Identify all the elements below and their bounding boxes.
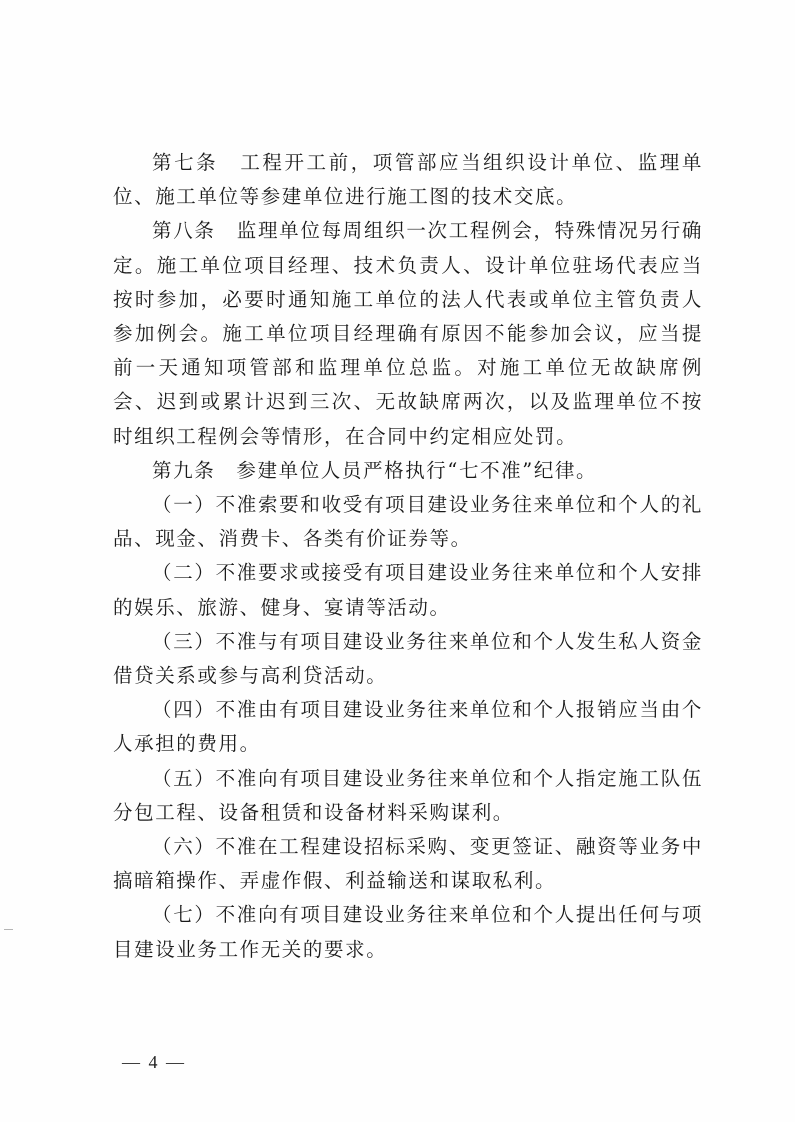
article-8-paragraph: 第八条 监理单位每周组织一次工程例会，特殊情况另行确定。施工单位项目经理、技术负… [113,214,703,453]
document-body: 第七条 工程开工前，项管部应当组织设计单位、监理单位、施工单位等参建单位进行施工… [113,146,703,967]
rule-item-2: （二）不准要求或接受有项目建设业务往来单位和个人安排的娱乐、旅游、健身、宴请等活… [113,556,703,624]
rule-item-5: （五）不准向有项目建设业务往来单位和个人指定施工队伍分包工程、设备租赁和设备材料… [113,762,703,830]
article-7-paragraph: 第七条 工程开工前，项管部应当组织设计单位、监理单位、施工单位等参建单位进行施工… [113,146,703,214]
scan-edge-mark [4,929,13,930]
rule-item-3: （三）不准与有项目建设业务往来单位和个人发生私人资金借贷关系或参与高利贷活动。 [113,625,703,693]
rule-item-1: （一）不准索要和收受有项目建设业务往来单位和个人的礼品、现金、消费卡、各类有价证… [113,488,703,556]
rule-item-4: （四）不准由有项目建设业务往来单位和个人报销应当由个人承担的费用。 [113,693,703,761]
rule-item-7: （七）不准向有项目建设业务往来单位和个人提出任何与项目建设业务工作无关的要求。 [113,898,703,966]
document-page: 第七条 工程开工前，项管部应当组织设计单位、监理单位、施工单位等参建单位进行施工… [0,0,795,1122]
article-9-paragraph: 第九条 参建单位人员严格执行“七不准”纪律。 [113,454,703,488]
rule-item-6: （六）不准在工程建设招标采购、变更签证、融资等业务中搞暗箱操作、弄虚作假、利益输… [113,830,703,898]
page-number: — 4 — [122,1052,186,1073]
